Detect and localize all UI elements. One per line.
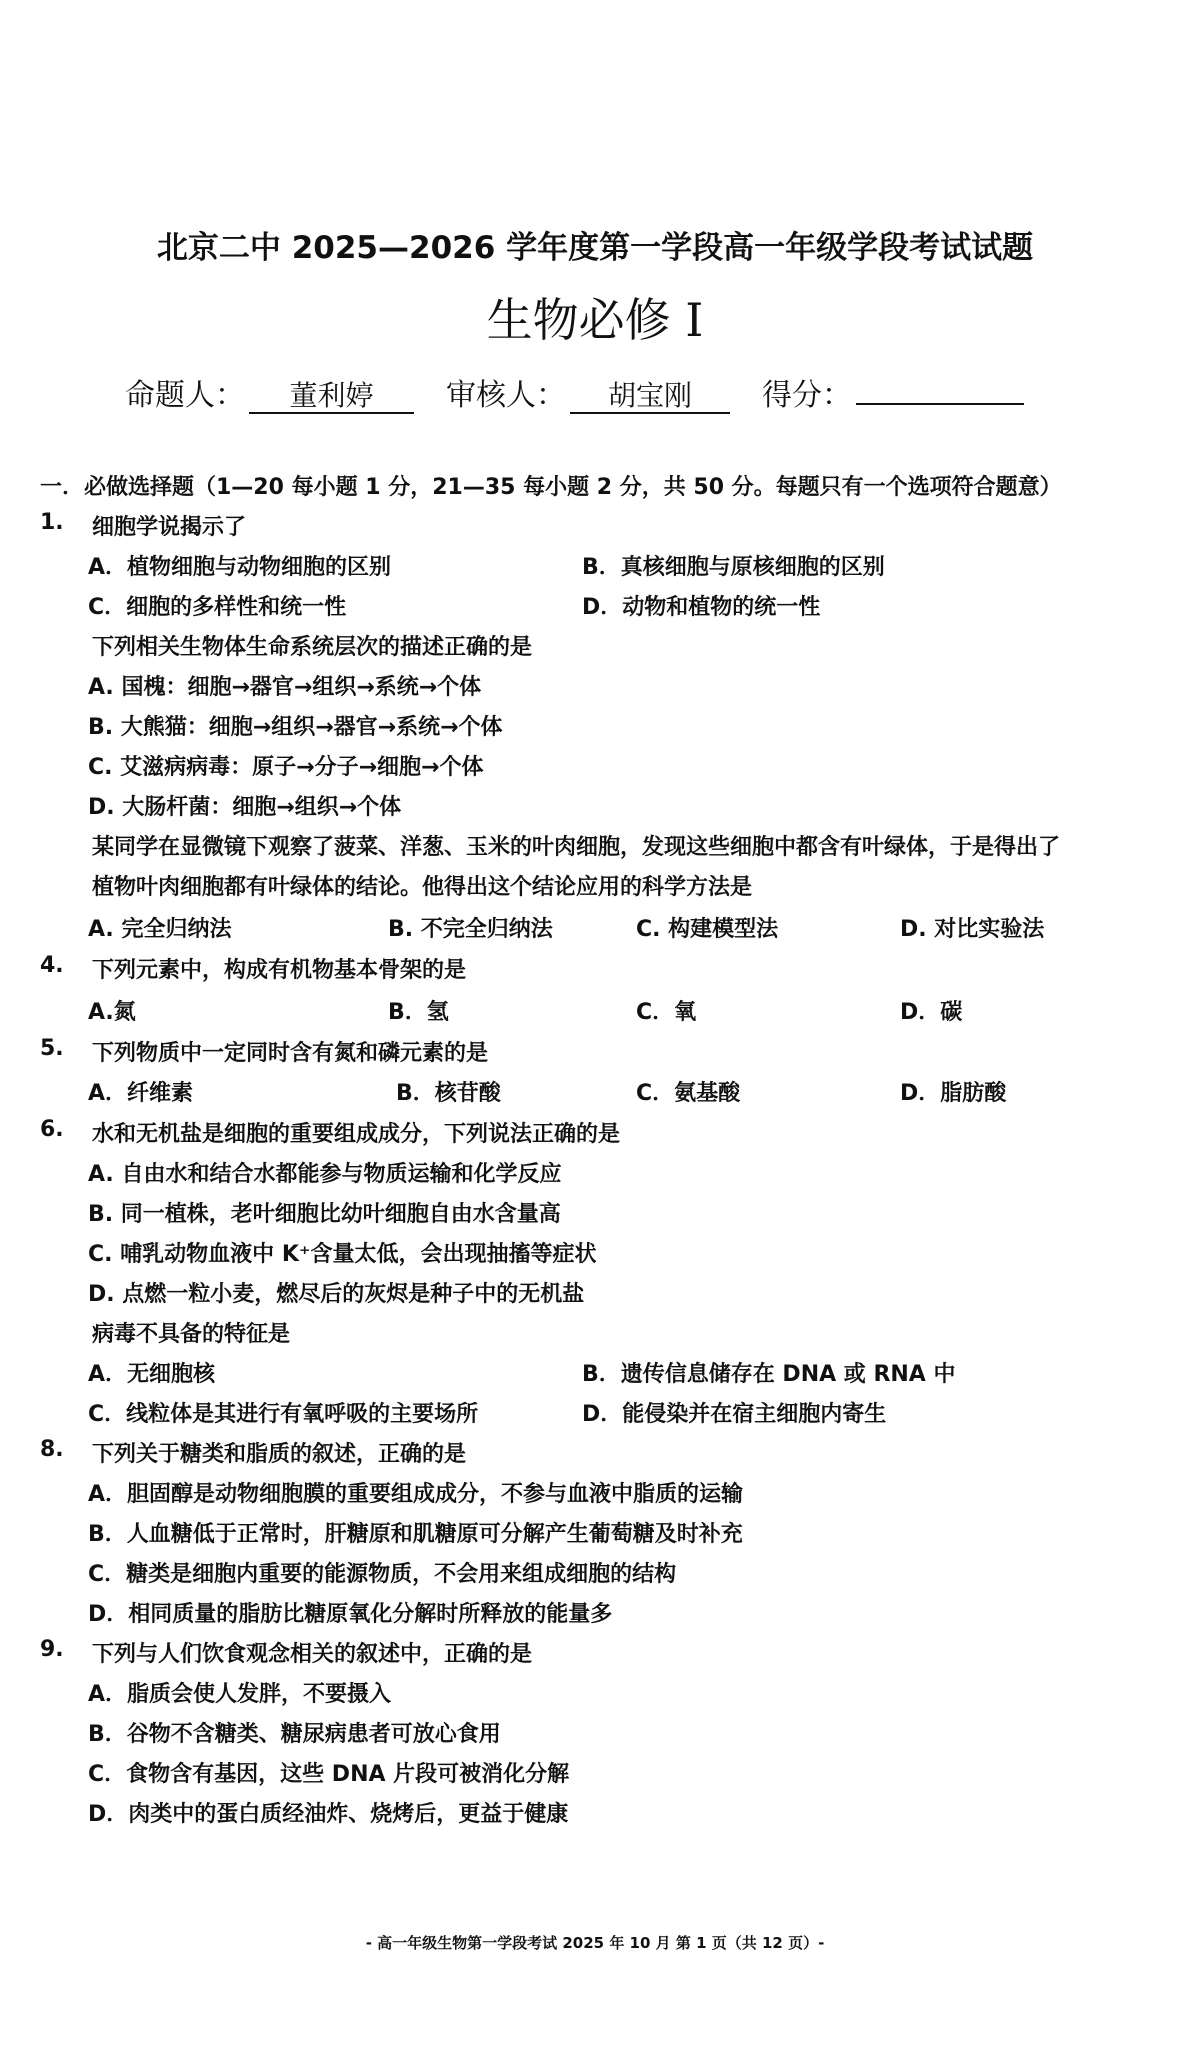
option-b: B. 不完全归纳法 bbox=[388, 912, 553, 943]
option-b: B．遗传信息储存在 DNA 或 RNA 中 bbox=[582, 1357, 956, 1388]
option-d: D．碳 bbox=[900, 995, 962, 1026]
option-a: A．纤维素 bbox=[88, 1076, 193, 1107]
option-c: C．细胞的多样性和统一性 bbox=[88, 590, 346, 621]
option-c: C. 构建模型法 bbox=[636, 912, 778, 943]
question-stem: 下列元素中，构成有机物基本骨架的是 bbox=[92, 953, 466, 984]
option-a: A.氮 bbox=[88, 995, 136, 1026]
option-a: A．脂质会使人发胖，不要摄入 bbox=[88, 1677, 391, 1708]
option-a: A．无细胞核 bbox=[88, 1357, 215, 1388]
option-d: D．脂肪酸 bbox=[900, 1076, 1006, 1107]
option-c: C．线粒体是其进行有氧呼吸的主要场所 bbox=[88, 1397, 478, 1428]
option-d: D. 对比实验法 bbox=[900, 912, 1044, 943]
option-c: C．食物含有基因，这些 DNA 片段可被消化分解 bbox=[88, 1757, 569, 1788]
author-name: 董利婷 bbox=[249, 380, 414, 414]
option-a: A. 国槐：细胞→器官→组织→系统→个体 bbox=[88, 670, 481, 701]
score-blank bbox=[856, 373, 1024, 405]
question-stem-line-2: 植物叶肉细胞都有叶绿体的结论。他得出这个结论应用的科学方法是 bbox=[92, 870, 752, 901]
question-number: 5. bbox=[40, 1036, 64, 1061]
question-stem: 水和无机盐是细胞的重要组成成分，下列说法正确的是 bbox=[92, 1117, 620, 1148]
section-heading: 一．必做选择题（1—20 每小题 1 分，21—35 每小题 2 分，共 50 … bbox=[40, 470, 1062, 501]
question-stem: 下列关于糖类和脂质的叙述，正确的是 bbox=[92, 1437, 466, 1468]
question-stem: 病毒不具备的特征是 bbox=[92, 1317, 290, 1348]
option-b: B．氢 bbox=[388, 995, 449, 1026]
option-c: C. 哺乳动物血液中 K⁺含量太低，会出现抽搐等症状 bbox=[88, 1237, 596, 1268]
option-a: A. 自由水和结合水都能参与物质运输和化学反应 bbox=[88, 1157, 561, 1188]
question-number: 1. bbox=[40, 510, 64, 535]
author-label: 命题人： bbox=[125, 370, 245, 414]
option-b: B．核苷酸 bbox=[396, 1076, 501, 1107]
option-a: A．胆固醇是动物细胞膜的重要组成成分，不参与血液中脂质的运输 bbox=[88, 1477, 743, 1508]
option-c: C．氧 bbox=[636, 995, 696, 1026]
exam-meta: 命题人： 董利婷 审核人： 胡宝刚 得分： bbox=[125, 370, 1024, 414]
option-c: C．氨基酸 bbox=[636, 1076, 740, 1107]
question-number: 8. bbox=[40, 1437, 64, 1462]
option-d: D．肉类中的蛋白质经油炸、烧烤后，更益于健康 bbox=[88, 1797, 568, 1828]
option-d: D. 大肠杆菌：细胞→组织→个体 bbox=[88, 790, 401, 821]
question-stem: 细胞学说揭示了 bbox=[92, 510, 246, 541]
question-stem: 下列物质中一定同时含有氮和磷元素的是 bbox=[92, 1036, 488, 1067]
question-number: 6. bbox=[40, 1117, 64, 1142]
option-b: B．真核细胞与原核细胞的区别 bbox=[582, 550, 885, 581]
option-b: B. 大熊猫：细胞→组织→器官→系统→个体 bbox=[88, 710, 503, 741]
option-c: C. 艾滋病病毒：原子→分子→细胞→个体 bbox=[88, 750, 483, 781]
option-d: D．相同质量的脂肪比糖原氧化分解时所释放的能量多 bbox=[88, 1597, 612, 1628]
question-number: 4. bbox=[40, 953, 64, 978]
option-d: D．能侵染并在宿主细胞内寄生 bbox=[582, 1397, 886, 1428]
question-stem: 下列与人们饮食观念相关的叙述中，正确的是 bbox=[92, 1637, 532, 1668]
option-b: B．谷物不含糖类、糖尿病患者可放心食用 bbox=[88, 1717, 501, 1748]
exam-title: 北京二中 2025—2026 学年度第一学段高一年级学段考试试题 bbox=[0, 222, 1190, 267]
page-footer: - 高一年级生物第一学段考试 2025 年 10 月 第 1 页（共 12 页）… bbox=[0, 1932, 1190, 1953]
reviewer-label: 审核人： bbox=[446, 370, 566, 414]
option-a: A．植物细胞与动物细胞的区别 bbox=[88, 550, 391, 581]
question-stem: 下列相关生物体生命系统层次的描述正确的是 bbox=[92, 630, 532, 661]
score-label: 得分： bbox=[762, 370, 852, 414]
exam-page: 北京二中 2025—2026 学年度第一学段高一年级学段考试试题 生物必修 I … bbox=[0, 0, 1190, 2072]
option-b: B. 同一植株，老叶细胞比幼叶细胞自由水含量高 bbox=[88, 1197, 561, 1228]
option-b: B．人血糖低于正常时，肝糖原和肌糖原可分解产生葡萄糖及时补充 bbox=[88, 1517, 743, 1548]
option-c: C．糖类是细胞内重要的能源物质，不会用来组成细胞的结构 bbox=[88, 1557, 676, 1588]
reviewer-name: 胡宝刚 bbox=[570, 380, 730, 414]
exam-subtitle: 生物必修 I bbox=[0, 284, 1190, 350]
option-d: D．动物和植物的统一性 bbox=[582, 590, 820, 621]
option-a: A. 完全归纳法 bbox=[88, 912, 231, 943]
question-stem-line-1: 某同学在显微镜下观察了菠菜、洋葱、玉米的叶肉细胞，发现这些细胞中都含有叶绿体，于… bbox=[92, 830, 1060, 861]
question-number: 9. bbox=[40, 1637, 64, 1662]
option-d: D. 点燃一粒小麦，燃尽后的灰烬是种子中的无机盐 bbox=[88, 1277, 584, 1308]
